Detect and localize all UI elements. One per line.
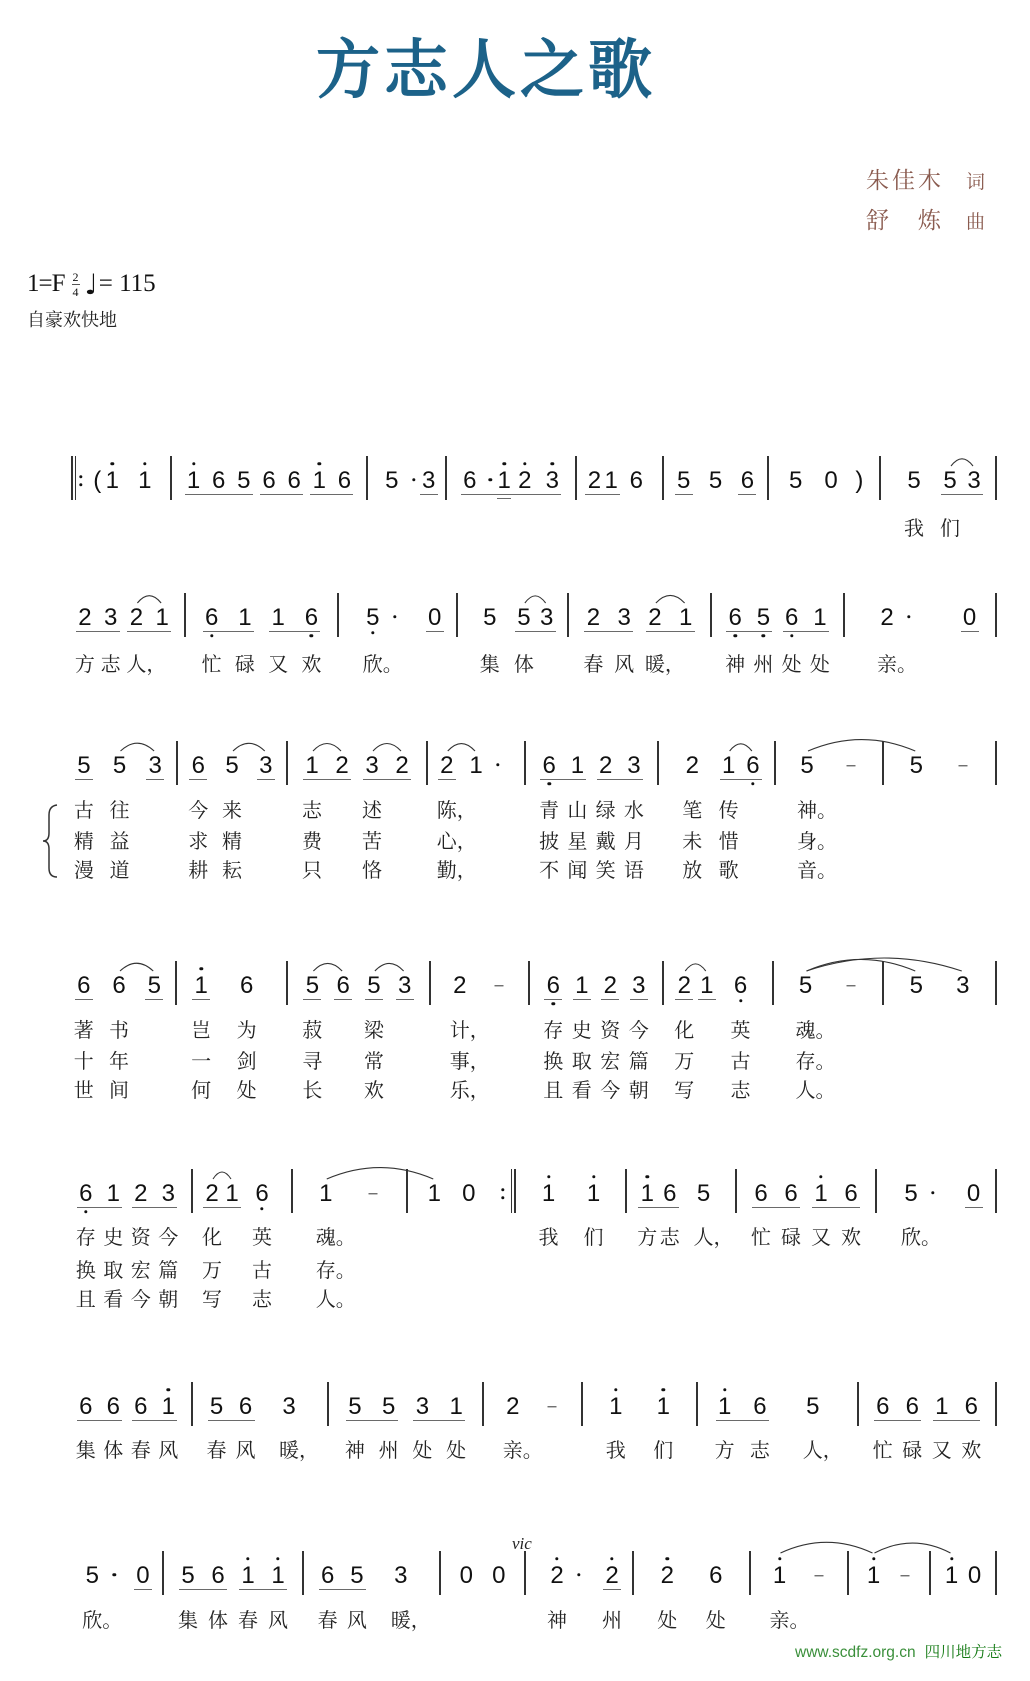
bar-line	[995, 1551, 997, 1595]
octave-dot-high	[950, 1557, 953, 1560]
note: 6	[321, 1564, 334, 1588]
rest: 0	[968, 1564, 981, 1588]
lyric-syllable: 风	[347, 1609, 367, 1631]
bar-line	[749, 1551, 751, 1595]
bar-line	[632, 1551, 634, 1595]
performance-mark: vic	[512, 1534, 532, 1554]
sheet-music-page: 方志人之歌 朱佳木 词 舒 炼 曲 1=F 2 4 ♩ = 115 自豪欢快地 …	[0, 0, 1030, 1681]
octave-dot-high	[555, 1557, 558, 1560]
note: 5	[181, 1564, 194, 1588]
beam-underline	[319, 1589, 366, 1590]
beam-underline	[179, 1589, 227, 1590]
bar-line	[929, 1551, 931, 1595]
octave-dot-high	[666, 1557, 669, 1560]
note: 2	[605, 1564, 618, 1588]
augmentation-dot	[113, 1573, 116, 1576]
lyric-syllable: 欣。	[82, 1609, 122, 1631]
note: 3	[394, 1564, 407, 1588]
rest: 0	[492, 1564, 505, 1588]
bar-line	[847, 1551, 849, 1595]
note: 1	[867, 1564, 880, 1588]
note: 1	[241, 1564, 254, 1588]
lyric-syllable: 处	[657, 1609, 677, 1631]
lyric-syllable: 春	[238, 1609, 258, 1631]
beam-underline	[603, 1589, 621, 1590]
rest: 0	[460, 1564, 473, 1588]
bar-line	[524, 1551, 526, 1595]
note: 2	[550, 1564, 563, 1588]
watermark: www.scdfz.org.cn四川地方志	[795, 1643, 1002, 1662]
bar-line	[439, 1551, 441, 1595]
sustain-dash	[900, 1575, 909, 1576]
note: 5	[350, 1564, 363, 1588]
note: 2	[661, 1564, 674, 1588]
lyric-syllable: 风	[268, 1609, 288, 1631]
note: 1	[271, 1564, 284, 1588]
lyric-syllable: 亲。	[770, 1609, 810, 1631]
beam-underline	[134, 1589, 152, 1590]
note: 1	[773, 1564, 786, 1588]
lyric-syllable: 体	[208, 1609, 228, 1631]
watermark-url: www.scdfz.org.cn	[795, 1644, 916, 1661]
sustain-dash	[814, 1575, 823, 1576]
note: 5	[86, 1564, 99, 1588]
octave-dot-high	[246, 1557, 249, 1560]
watermark-site: 四川地方志	[925, 1643, 1003, 1661]
note: 6	[709, 1564, 722, 1588]
note: 6	[211, 1564, 224, 1588]
lyric-syllable: 暖，	[391, 1609, 431, 1631]
lyric-syllable: 处	[706, 1609, 726, 1631]
bar-line	[302, 1551, 304, 1595]
beam-underline	[239, 1589, 287, 1590]
bar-line	[162, 1551, 164, 1595]
octave-dot-high	[872, 1557, 875, 1560]
lyric-syllable: 春	[318, 1609, 338, 1631]
octave-dot-high	[778, 1557, 781, 1560]
lyric-syllable: 神	[547, 1609, 567, 1631]
rest: 0	[136, 1564, 149, 1588]
octave-dot-high	[276, 1557, 279, 1560]
octave-dot-high	[610, 1557, 613, 1560]
lyric-syllable: 州	[602, 1609, 622, 1631]
augmentation-dot	[577, 1573, 580, 1576]
note: 1	[945, 1564, 958, 1588]
lyric-syllable: 集	[178, 1609, 198, 1631]
staff-system-7: 5欣。05集6体1春1风6春5风3暖，00vic2神2州2处6处1亲。110	[0, 0, 1030, 1681]
